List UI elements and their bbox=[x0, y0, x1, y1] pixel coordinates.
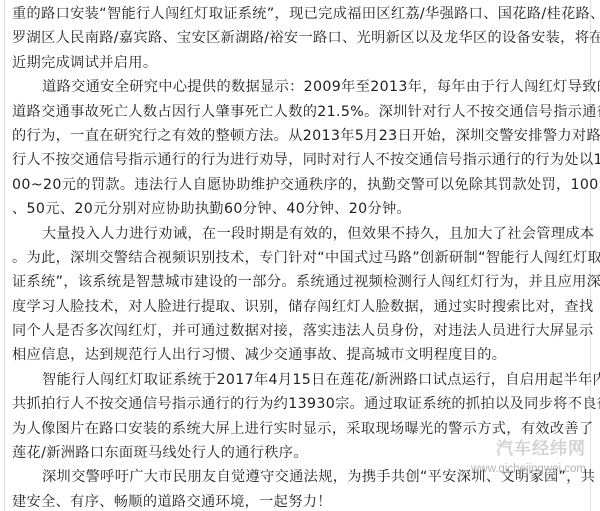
paragraph-start-line: 智能行人闯红灯取证系统于2017年4月15日在莲花/新洲路口试点运行，自启用起半… bbox=[12, 368, 587, 392]
text-line: 为人像图片在路口安装的系统大屏上进行实时显示，采取现场曝光的警示方式，有效改善了 bbox=[12, 417, 587, 441]
text-line: 同个人是否多次闯红灯，并可通过数据对接，落实违法人员身份，对违法人员进行大屏显示 bbox=[12, 319, 587, 343]
text-line: 度学习人脸技术，对人脸进行提取、识别，储存闯红灯人脸数据，通过实时搜索比对，查找 bbox=[12, 295, 587, 319]
text-line: 、50元、20元分别对应协助执勤60分钟、40分钟、20分钟。 bbox=[12, 197, 587, 221]
article-body: 重的路口安装“智能行人闯红灯取证系统”，现已完成福田区红荔/华强路口、国花路/桂… bbox=[12, 2, 587, 511]
text-line: 证系统”，该系统是智慧城市建设的一部分。系统通过视频检测行人闯红灯行为，并且应用… bbox=[12, 270, 587, 294]
text-line: 重的路口安装“智能行人闯红灯取证系统”，现已完成福田区红荔/华强路口、国花路/桂… bbox=[12, 2, 587, 26]
paragraph-start-line: 道路交通安全研究中心提供的数据显示：2009年至2013年，每年由于行人闯红灯导… bbox=[12, 75, 587, 99]
text-line: 00~20元的罚款。违法行人自愿协助维护交通秩序的，执勤交警可以免除其罚款处罚，… bbox=[12, 173, 587, 197]
text-line: 行人不按交通信号指示通行的行为进行劝导，同时对行人不按交通信号指示通行的行为处以… bbox=[12, 148, 587, 172]
text-line: 的行为，一直在研究行之有效的整顿方法。从2013年5月23日开始，深圳交警安排警… bbox=[12, 124, 587, 148]
text-line: 罗湖区人民南路/嘉宾路、宝安区新湖路/裕安一路口、光明新区以及龙华区的设备安装，… bbox=[12, 26, 587, 50]
text-line: 相应信息，达到规范行人出行习惯、减少交通事故、提高城市文明程度目的。 bbox=[12, 343, 587, 367]
text-line: 近期完成调试并启用。 bbox=[12, 51, 587, 75]
text-line: 道路交通事故死亡人数占因行人肇事死亡人数的21.5%。深圳针对行人不按交通信号指… bbox=[12, 100, 587, 124]
text-line: 共抓拍行人不按交通信号指示通行的行为约13930宗。通过取证系统的抓拍以及同步将… bbox=[12, 392, 587, 416]
text-line: 。为此，深圳交警结合视频识别技术，专门针对“中国式过马路”创新研制“智能行人闯红… bbox=[12, 246, 587, 270]
text-line: 建安全、有序、畅顺的道路交通环境，一起努力！ bbox=[12, 490, 587, 511]
paragraph-start-line: 深圳交警呼吁广大市民朋友自觉遵守交通法规，为携手共创“平安深圳、文明家园”，共 bbox=[12, 465, 587, 489]
text-line: 莲花/新洲路口东面斑马线处行人的通行秩序。 bbox=[12, 441, 587, 465]
paragraph-start-line: 大量投入人力进行劝诫，在一段时期是有效的，但效果不持久，且加大了社会管理成本 bbox=[12, 222, 587, 246]
